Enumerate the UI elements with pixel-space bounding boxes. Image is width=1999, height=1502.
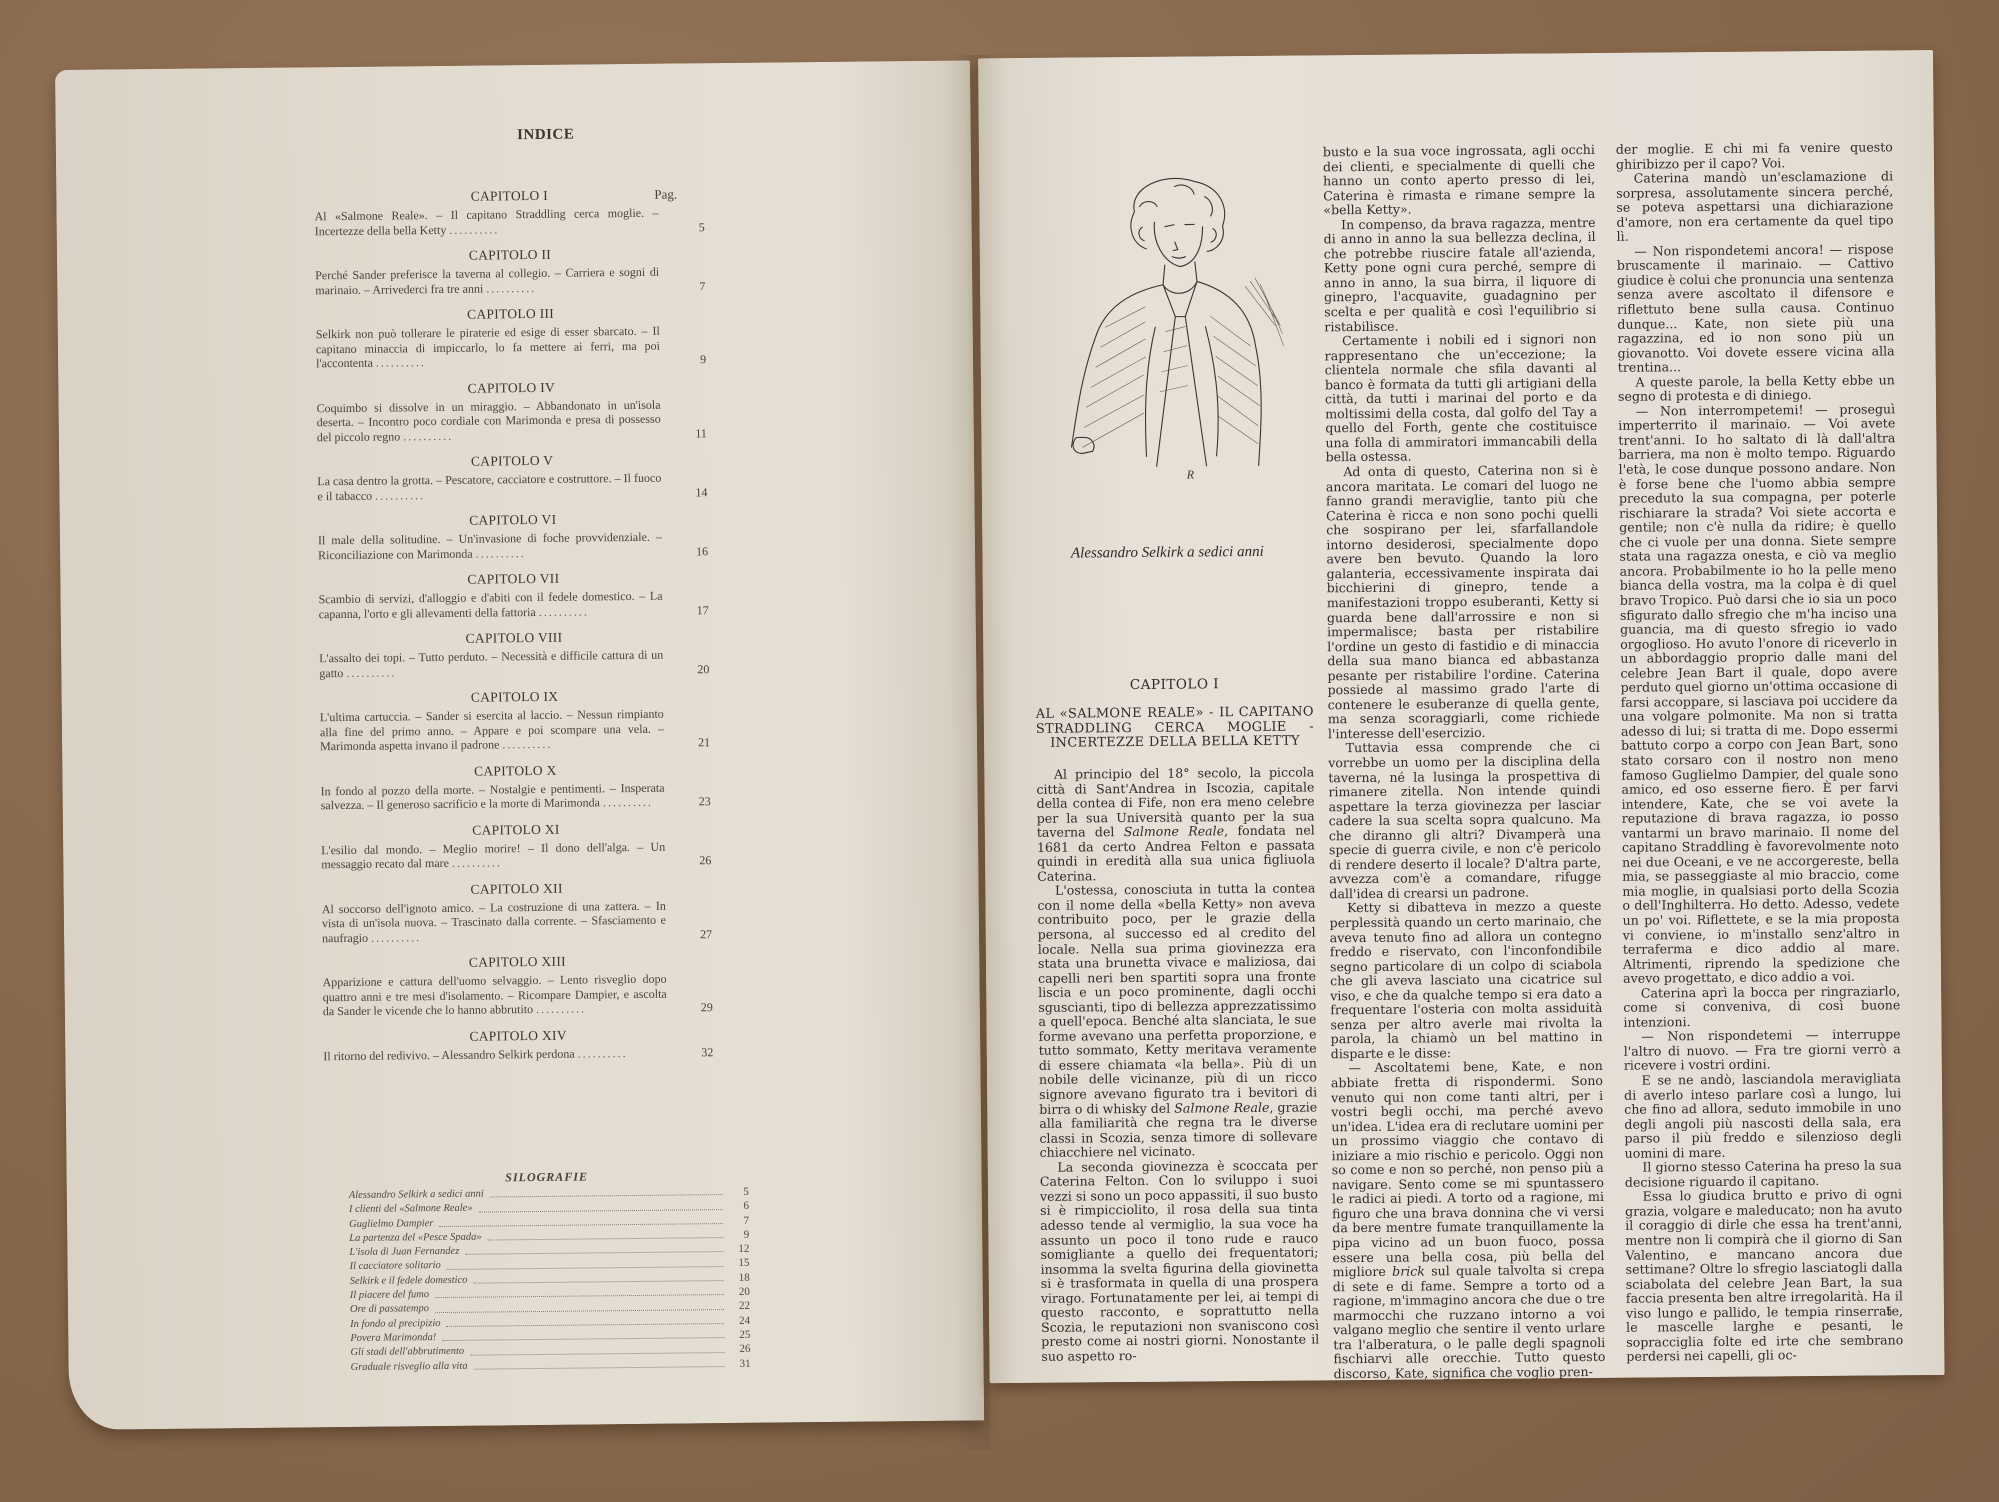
body-paragraph: Ad onta di questo, Caterina non si è anc…: [1326, 463, 1600, 742]
toc-chapter-entry: CAPITOLO XIIIApparizione e cattura dell'…: [322, 952, 713, 1019]
toc-chapter-heading: CAPITOLO III: [316, 304, 706, 324]
left-page-index: INDICE Pag. CAPITOLO IAl «Salmone Reale»…: [55, 60, 984, 1430]
body-paragraph: La seconda giovinezza è scoccata per Cat…: [1040, 1158, 1320, 1364]
toc-chapter-heading: CAPITOLO X: [320, 761, 710, 781]
body-paragraph: — Non rispondetemi ancora! — rispose bru…: [1617, 242, 1895, 375]
toc-chapter-entry: CAPITOLO IAl «Salmone Reale». – Il capit…: [314, 186, 704, 238]
toc-chapter-summary: La casa dentro la grotta. – Pescatore, c…: [317, 471, 661, 504]
toc-chapter-entry: CAPITOLO IIPerché Sander preferisce la t…: [315, 245, 705, 297]
toc-chapter-summary: Scambio di servizi, d'alloggio e d'abiti…: [318, 589, 662, 622]
chapter-heading: CAPITOLO I AL «SALMONE REALE» - IL CAPIT…: [1035, 675, 1314, 751]
toc-page-number: 26: [665, 853, 711, 868]
body-paragraph: L'ostessa, conosciuta in tutta la contea…: [1037, 882, 1317, 1161]
toc-page-number: 9: [660, 352, 706, 367]
toc-chapter-heading: CAPITOLO XII: [322, 879, 712, 899]
toc-chapter-summary: L'ultima cartuccia. – Sander si esercita…: [320, 707, 664, 754]
toc-chapter-heading: CAPITOLO XIV: [323, 1026, 713, 1046]
toc-chapter-entry: CAPITOLO XIVIl ritorno del redivivo. – A…: [323, 1026, 713, 1064]
body-paragraph: — Non rispondetemi — interruppe l'altro …: [1624, 1028, 1901, 1074]
toc-chapter-heading: CAPITOLO VIII: [319, 628, 709, 648]
portrait-engraving-icon: R: [1034, 166, 1297, 508]
toc-page-number: 16: [662, 544, 708, 559]
toc-chapter-summary: Il male della solitudine. – Un'invasione…: [318, 530, 662, 563]
toc-chapter-entry: CAPITOLO XIn fondo al pozzo della morte.…: [320, 761, 710, 813]
toc-page-number: 7: [659, 279, 705, 294]
toc-chapter-heading: CAPITOLO IX: [320, 687, 710, 707]
toc-page-number: 23: [665, 794, 711, 809]
toc-chapter-entry: CAPITOLO VIIl male della solitudine. – U…: [318, 510, 708, 562]
woodcut-list-item: Graduale risveglio alla vita31: [351, 1356, 751, 1374]
body-paragraph: Il giorno stesso Caterina ha preso la su…: [1625, 1159, 1902, 1191]
body-paragraph: Caterina mandò un'esclamazione di sorpre…: [1616, 169, 1894, 244]
index-title: INDICE: [466, 126, 626, 145]
toc-chapter-summary: Perché Sander preferisce la taverna al c…: [315, 265, 659, 298]
toc-chapter-heading: CAPITOLO V: [317, 451, 707, 471]
toc-page-number: 11: [661, 426, 707, 441]
toc-chapter-entry: CAPITOLO VIIScambio di servizi, d'allogg…: [318, 569, 708, 621]
body-paragraph: Al principio del 18° secolo, la piccola …: [1036, 765, 1315, 884]
svg-text:R: R: [1186, 467, 1195, 481]
toc-chapter-summary: L'assalto dei topi. – Tutto perduto. – N…: [319, 648, 663, 681]
toc-chapter-heading: CAPITOLO XIII: [322, 952, 712, 972]
right-page-chapter-one: R Alessandro Selkirk a sedici anni CAPIT…: [978, 50, 1945, 1383]
woodcuts-title: SILOGRAFIE: [487, 1169, 607, 1185]
body-paragraph: Ketty si dibatteva in mezzo a queste per…: [1329, 899, 1602, 1061]
toc-chapter-entry: CAPITOLO IIISelkirk non può tollerare le…: [316, 304, 707, 371]
toc-chapter-heading: CAPITOLO II: [315, 245, 705, 265]
body-paragraph: der moglie. E chi mi fa venire questo gh…: [1616, 140, 1893, 172]
body-paragraph: A queste parole, la bella Ketty ebbe un …: [1618, 373, 1895, 405]
body-paragraph: In compenso, da brava ragazza, mentre di…: [1323, 216, 1596, 335]
toc-chapter-heading: CAPITOLO XI: [321, 820, 711, 840]
woodcuts-list: Alessandro Selkirk a sedici anni5I clien…: [349, 1185, 751, 1375]
table-of-contents: CAPITOLO IAl «Salmone Reale». – Il capit…: [314, 186, 713, 1074]
toc-chapter-summary: Al soccorso dell'ignoto amico. – La cost…: [322, 898, 666, 945]
toc-chapter-summary: Al «Salmone Reale». – Il capitano Stradd…: [314, 206, 658, 239]
toc-chapter-entry: CAPITOLO XIIAl soccorso dell'ignoto amic…: [322, 879, 713, 946]
toc-page-number: 17: [663, 603, 709, 618]
toc-chapter-heading: CAPITOLO I: [314, 186, 704, 206]
toc-chapter-entry: CAPITOLO VLa casa dentro la grotta. – Pe…: [317, 451, 707, 503]
toc-chapter-heading: CAPITOLO VI: [318, 510, 708, 530]
page-number: 5: [1886, 1303, 1892, 1318]
body-paragraph: Essa lo giudica brutto e privo di ogni g…: [1625, 1188, 1904, 1365]
body-paragraph: — Non interrompetemi! — proseguì imperte…: [1618, 402, 1900, 986]
toc-page-number: 27: [666, 927, 712, 942]
chapter-number: CAPITOLO I: [1035, 675, 1313, 693]
toc-page-number: 20: [663, 662, 709, 677]
toc-chapter-entry: CAPITOLO IXL'ultima cartuccia. – Sander …: [320, 687, 711, 754]
body-paragraph: E se ne andò, lasciandola meravigliata d…: [1624, 1071, 1902, 1161]
body-paragraph: busto e la sua voce ingrossata, agli occ…: [1323, 143, 1596, 218]
text-column-1: Al principio del 18° secolo, la piccola …: [1036, 765, 1319, 1364]
toc-chapter-summary: L'esilio dal mondo. – Meglio morire! – I…: [321, 839, 665, 872]
toc-chapter-summary: Il ritorno del redivivo. – Alessandro Se…: [323, 1045, 667, 1063]
toc-chapter-entry: CAPITOLO IVCoquimbo si dissolve in un mi…: [316, 378, 707, 445]
text-column-2: busto e la sua voce ingrossata, agli occ…: [1323, 143, 1606, 1382]
body-paragraph: — Ascoltatemi bene, Kate, e non abbiate …: [1331, 1059, 1606, 1381]
toc-chapter-entry: CAPITOLO XIL'esilio dal mondo. – Meglio …: [321, 820, 711, 872]
toc-chapter-heading: CAPITOLO VII: [318, 569, 708, 589]
body-paragraph: Caterina aprì la bocca per ringraziarlo,…: [1623, 984, 1900, 1030]
body-paragraph: Tuttavia essa comprende che ci vorrebbe …: [1328, 739, 1601, 901]
toc-page-number: 29: [667, 1000, 713, 1015]
toc-chapter-summary: Apparizione e cattura dell'uomo selvaggi…: [322, 972, 666, 1019]
toc-page-number: 32: [667, 1045, 713, 1060]
chapter-title: AL «SALMONE REALE» - IL CAPITANO STRADDL…: [1036, 705, 1314, 751]
toc-chapter-summary: Coquimbo si dissolve in un miraggio. – A…: [316, 397, 660, 444]
toc-chapter-summary: In fondo al pozzo della morte. – Nostalg…: [320, 780, 664, 813]
toc-page-number: 21: [664, 735, 710, 750]
toc-page-number: 5: [659, 220, 705, 235]
body-paragraph: Certamente i nobili ed i signori non rap…: [1324, 332, 1597, 465]
toc-chapter-summary: Selkirk non può tollerare le piraterie e…: [316, 324, 660, 371]
text-column-3: der moglie. E chi mi fa venire questo gh…: [1616, 140, 1904, 1364]
toc-chapter-entry: CAPITOLO VIIIL'assalto dei topi. – Tutto…: [319, 628, 709, 680]
illustration-caption: Alessandro Selkirk a sedici anni: [1022, 543, 1312, 563]
toc-page-number: 14: [661, 485, 707, 500]
toc-chapter-heading: CAPITOLO IV: [316, 378, 706, 398]
